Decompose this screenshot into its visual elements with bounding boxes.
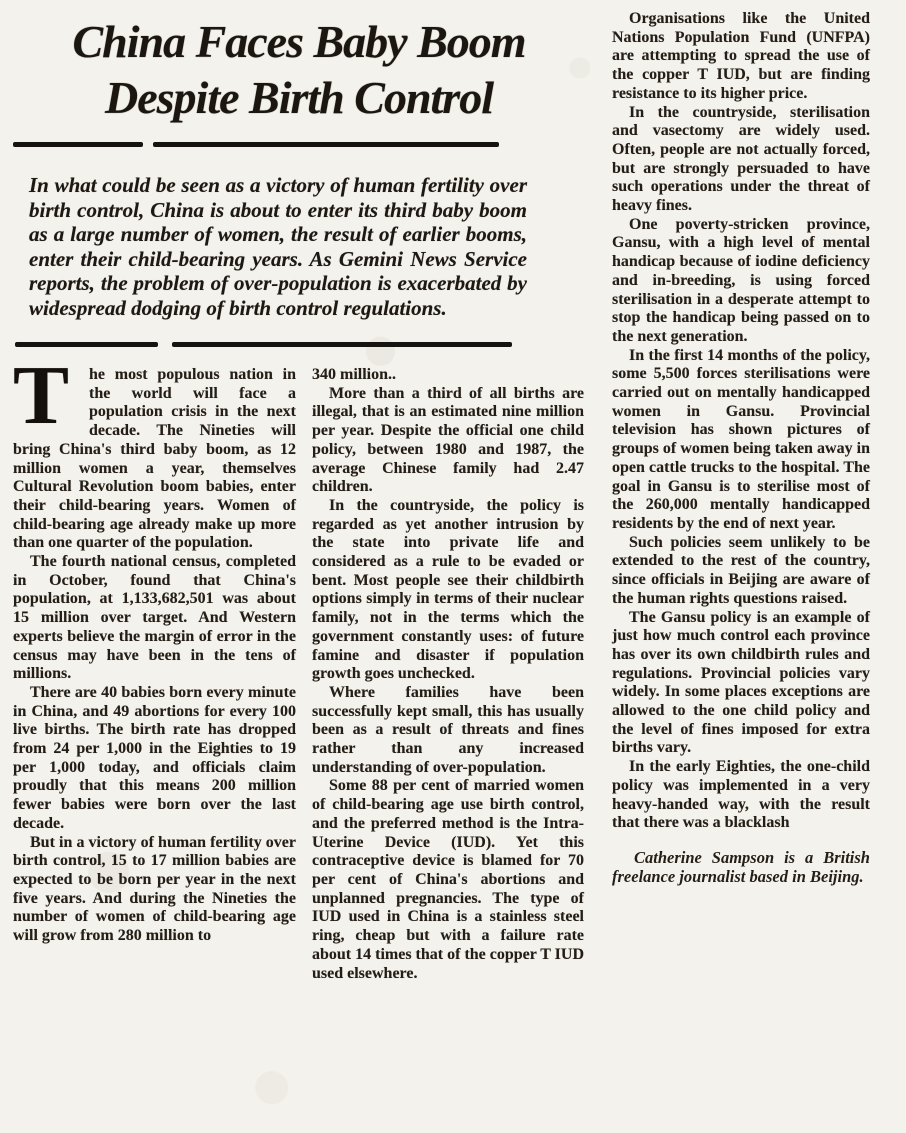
paragraph: In the countryside, the policy is regard… xyxy=(312,497,584,684)
headline-line-2: Despite Birth Control xyxy=(13,70,585,126)
paragraph: There are 40 babies born every minute in… xyxy=(13,684,296,834)
body-column-2: 340 million.. More than a third of all b… xyxy=(312,366,584,983)
paragraph: T he most populous nation in the world w… xyxy=(13,366,296,553)
paragraph: Some 88 per cent of married women of chi… xyxy=(312,777,584,983)
body-column-1: T he most populous nation in the world w… xyxy=(13,366,296,983)
headline-line-1: China Faces Baby Boom xyxy=(13,14,585,70)
headline-divider-rule xyxy=(13,142,499,147)
drop-cap: T xyxy=(13,368,87,424)
paragraph: The fourth national census, completed in… xyxy=(13,553,296,684)
headline-and-intro-region: China Faces Baby Boom Despite Birth Cont… xyxy=(13,0,585,983)
paragraph: One poverty-stricken province, Gansu, wi… xyxy=(612,216,870,347)
paragraph: 340 million.. xyxy=(312,366,584,385)
standfirst-paragraph: In what could be seen as a victory of hu… xyxy=(29,173,527,320)
rule-segment xyxy=(15,342,158,347)
paragraph: Such policies seem unlikely to be extend… xyxy=(612,534,870,609)
byline: Catherine Sampson is a British freelance… xyxy=(612,848,870,887)
paragraph: But in a victory of human fertility over… xyxy=(13,834,296,946)
paragraph: Organisations like the United Nations Po… xyxy=(612,10,870,104)
newspaper-page: China Faces Baby Boom Despite Birth Cont… xyxy=(0,0,906,1133)
body-column-3: Organisations like the United Nations Po… xyxy=(612,10,870,887)
paragraph: More than a third of all births are ille… xyxy=(312,385,584,497)
rule-segment xyxy=(153,142,499,147)
paragraph: In the early Eighties, the one-child pol… xyxy=(612,758,870,833)
article-headline: China Faces Baby Boom Despite Birth Cont… xyxy=(13,14,585,126)
rule-segment xyxy=(13,142,143,147)
paragraph: In the countryside, sterilisation and va… xyxy=(612,104,870,216)
paragraph: The Gansu policy is an example of just h… xyxy=(612,609,870,759)
rule-segment xyxy=(172,342,512,347)
body-columns: T he most populous nation in the world w… xyxy=(13,366,585,983)
standfirst-divider-rule xyxy=(15,342,512,347)
paragraph: Where families have been successfully ke… xyxy=(312,684,584,778)
paragraph: In the first 14 months of the policy, so… xyxy=(612,347,870,534)
